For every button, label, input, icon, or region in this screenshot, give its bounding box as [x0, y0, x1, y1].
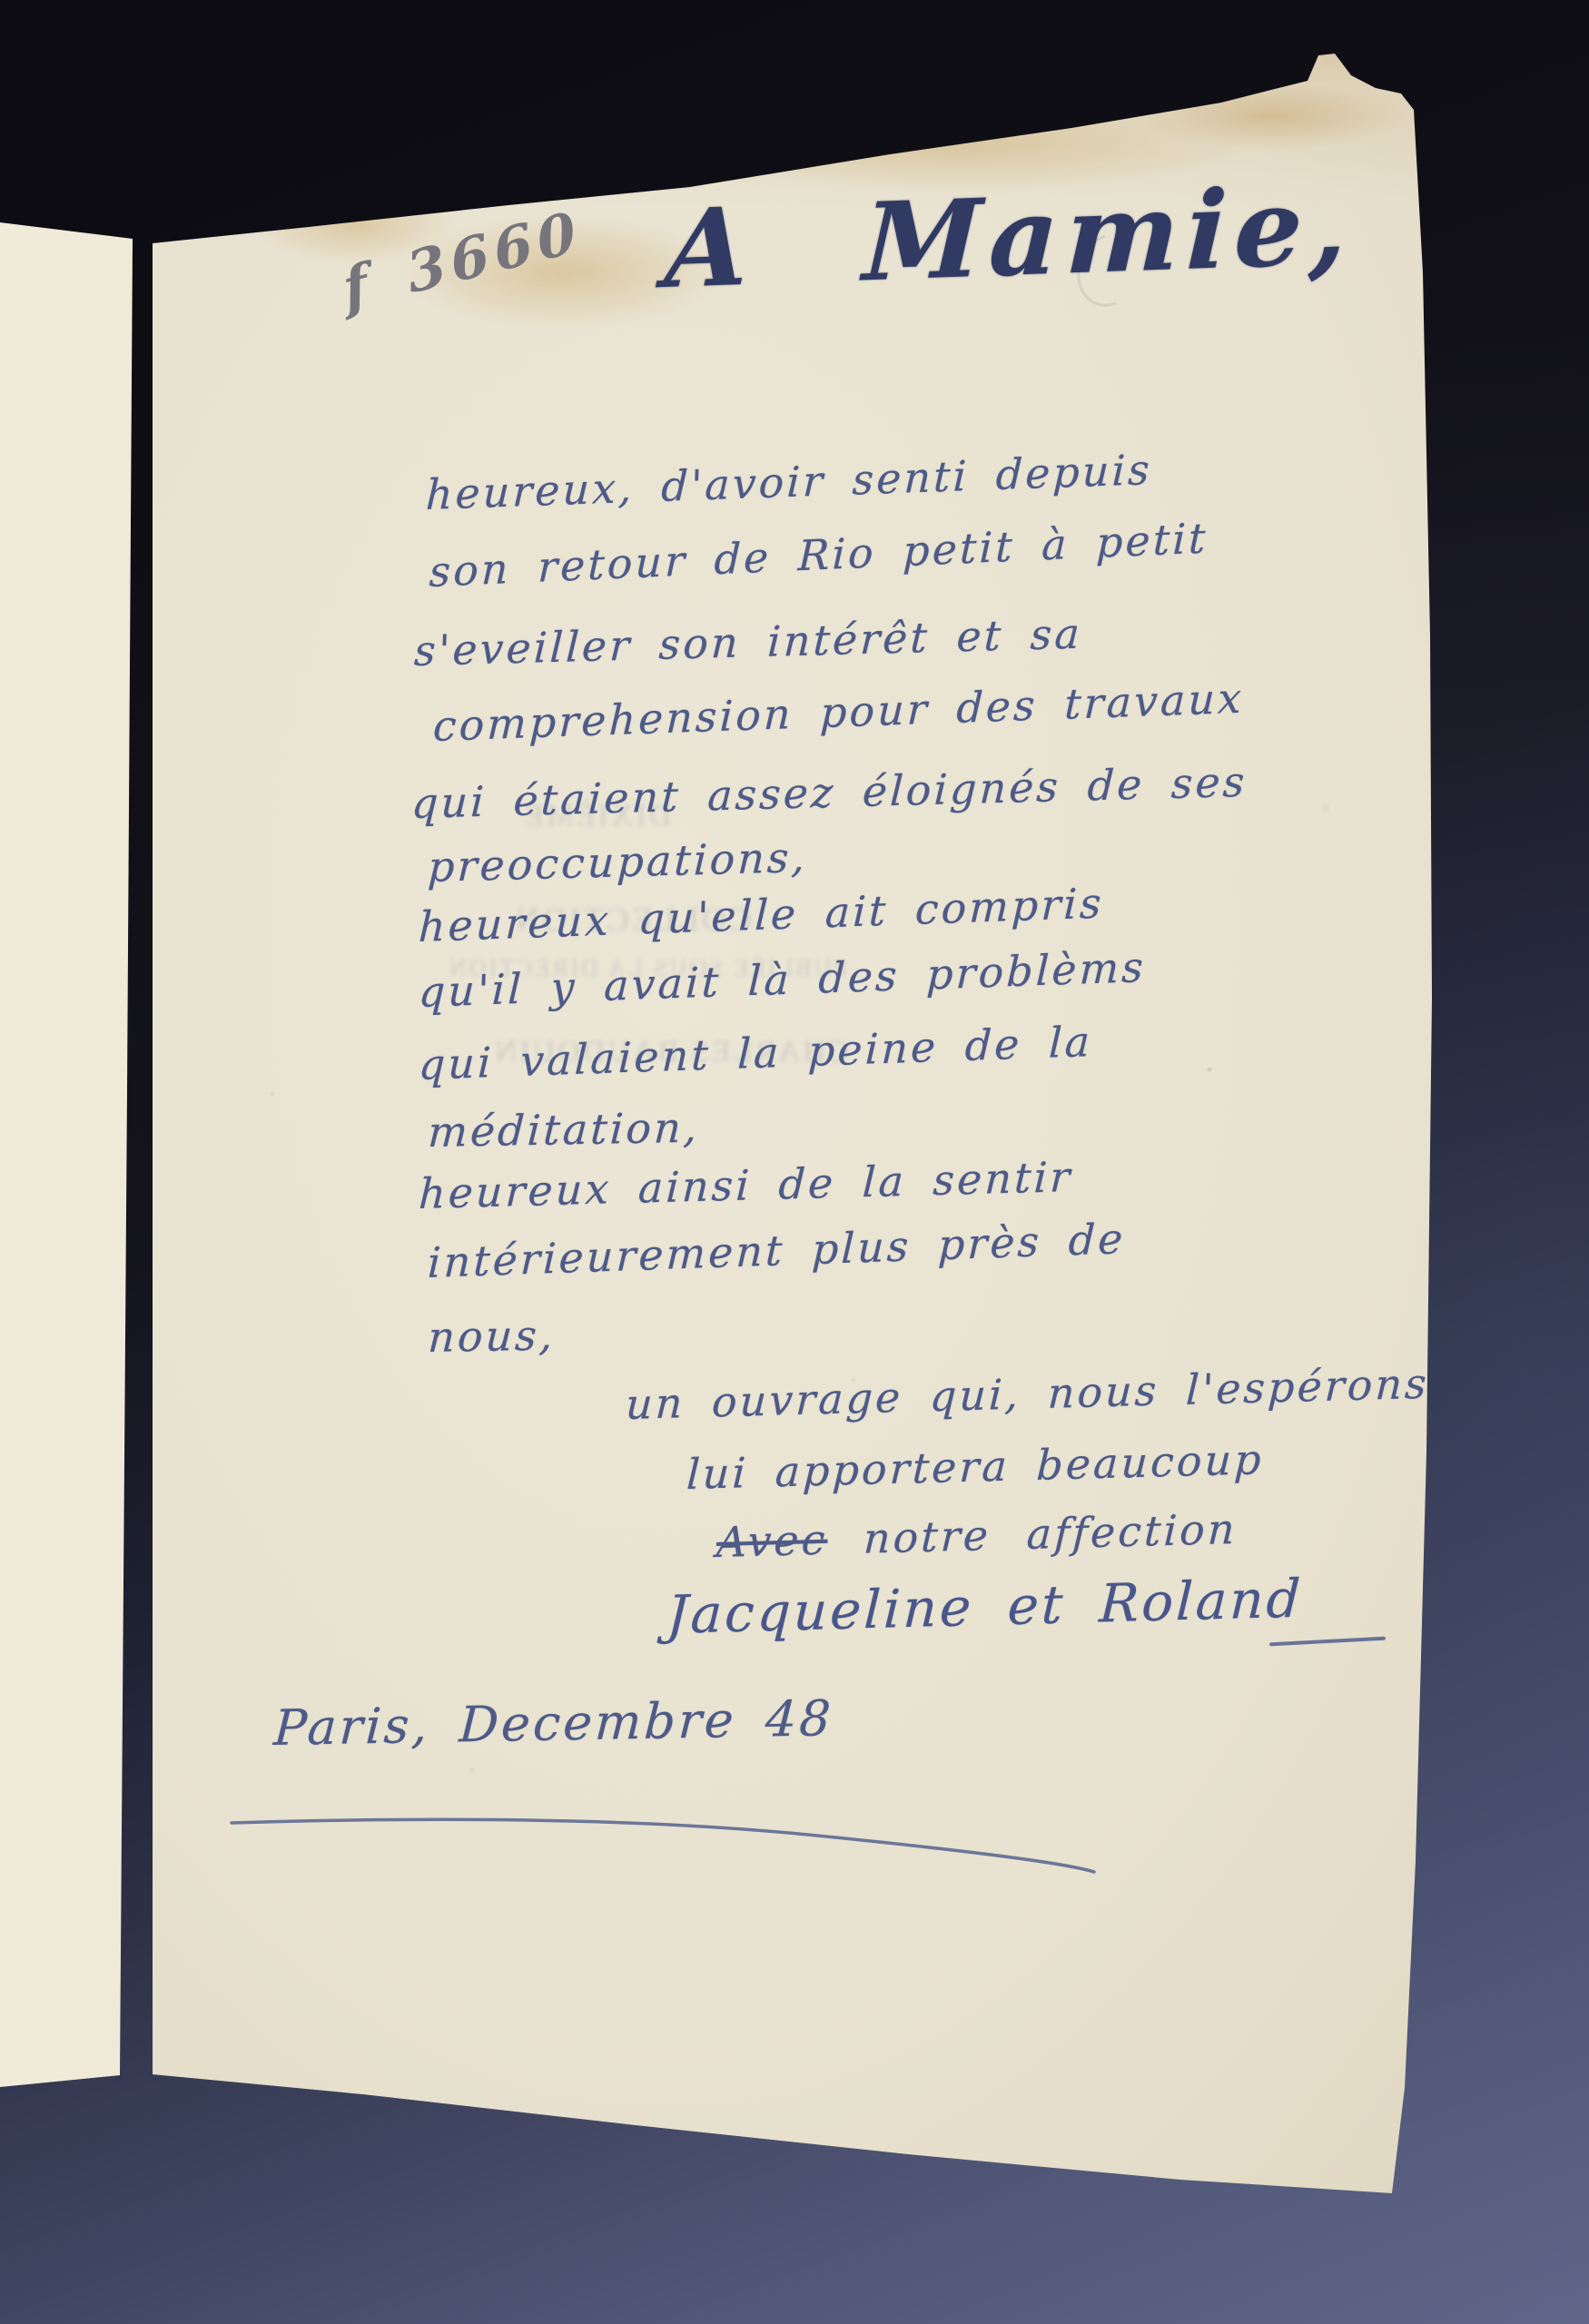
handwriting-line: qui étaient assez éloignés de ses [410, 757, 1248, 828]
dateline: Paris, Decembre 48 [272, 1689, 834, 1757]
handwriting-line: méditation, [427, 1103, 701, 1157]
book-page: DIXIÈME COLLECTION PUBLIÉE SOUS LA DIREC… [0, 0, 1589, 2324]
handwriting-line: un ouvrage qui, nous l'espérons, [625, 1358, 1446, 1429]
handwriting-line: nous, [427, 1310, 557, 1362]
handwriting-line: qui valaient la peine de la [418, 1017, 1093, 1089]
signature: Jacqueline et Roland [666, 1568, 1304, 1646]
struck-word: Avec [716, 1515, 829, 1567]
dedication-heading: A Mamie, [663, 162, 1357, 312]
affection-rest: notre affection [863, 1504, 1239, 1563]
handwriting-line: heureux ainsi de la sentir [418, 1152, 1073, 1218]
handwriting-line: comprehension pour des travaux [432, 674, 1245, 751]
handwriting-line: preoccupations, [427, 832, 808, 891]
affection-line: Avec notre affection [716, 1504, 1239, 1567]
handwriting-line: qu'il y avait là des problèms [418, 942, 1147, 1017]
handwriting-line: heureux qu'elle ait compris [418, 879, 1105, 951]
handwriting-line: s'eveiller son intérêt et sa [413, 609, 1083, 675]
handwriting-line: intérieurement plus près de [427, 1214, 1126, 1287]
handwriting-line: heureux, d'avoir senti depuis [425, 445, 1153, 519]
pencil-number: f 3660 [338, 198, 587, 322]
handwriting-line: lui apportera beaucoup [686, 1434, 1265, 1499]
photo-backdrop: DIXIÈME COLLECTION PUBLIÉE SOUS LA DIREC… [0, 0, 1589, 2324]
signature-flourish [1269, 1637, 1386, 1647]
handwriting-line: son retour de Rio petit à petit [429, 513, 1209, 596]
